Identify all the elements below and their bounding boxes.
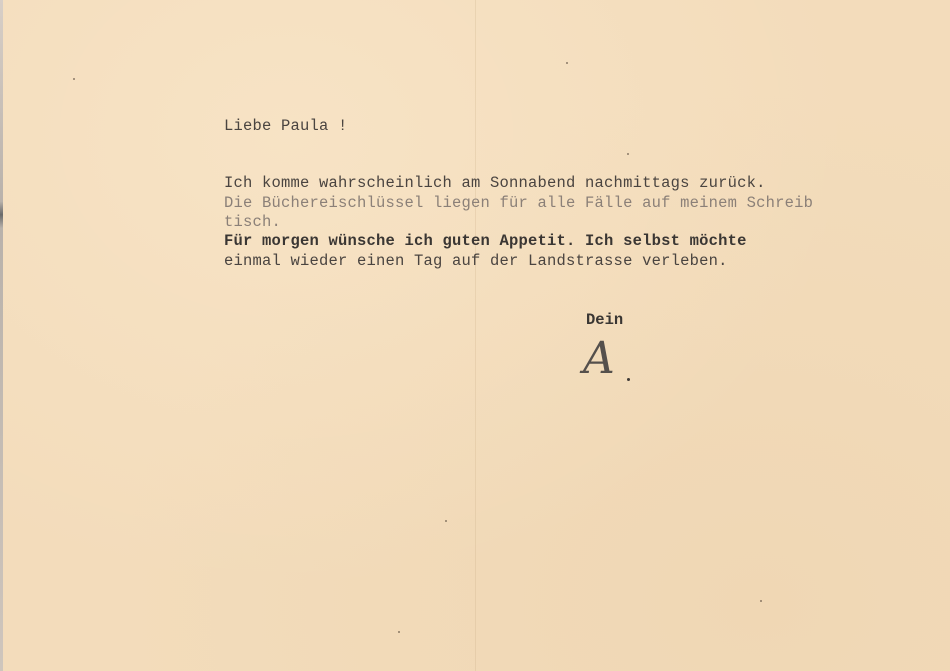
- paper-speck: [566, 62, 568, 64]
- letter-line-2: Die Büchereischlüssel liegen für alle Fä…: [224, 194, 813, 212]
- letter-line-1: Ich komme wahrscheinlich am Sonnabend na…: [224, 174, 766, 192]
- paper-speck: [398, 631, 400, 633]
- letter-greeting: Liebe Paula !: [224, 117, 348, 135]
- paper-speck: [760, 600, 762, 602]
- letter-line-5: einmal wieder einen Tag auf der Landstra…: [224, 252, 728, 270]
- letter-line-4: Für morgen wünsche ich guten Appetit. Ic…: [224, 232, 747, 250]
- paper-speck: [445, 520, 447, 522]
- paper-speck: [627, 153, 629, 155]
- handwritten-signature: A: [583, 333, 615, 384]
- signature-period: [627, 378, 630, 381]
- scan-edge: [0, 0, 3, 671]
- paper-speck: [73, 78, 75, 80]
- paper-fold: [475, 0, 476, 671]
- letter-closing: Dein: [586, 311, 623, 329]
- letter-paper: [2, 0, 950, 671]
- letter-line-3: tisch.: [224, 213, 281, 231]
